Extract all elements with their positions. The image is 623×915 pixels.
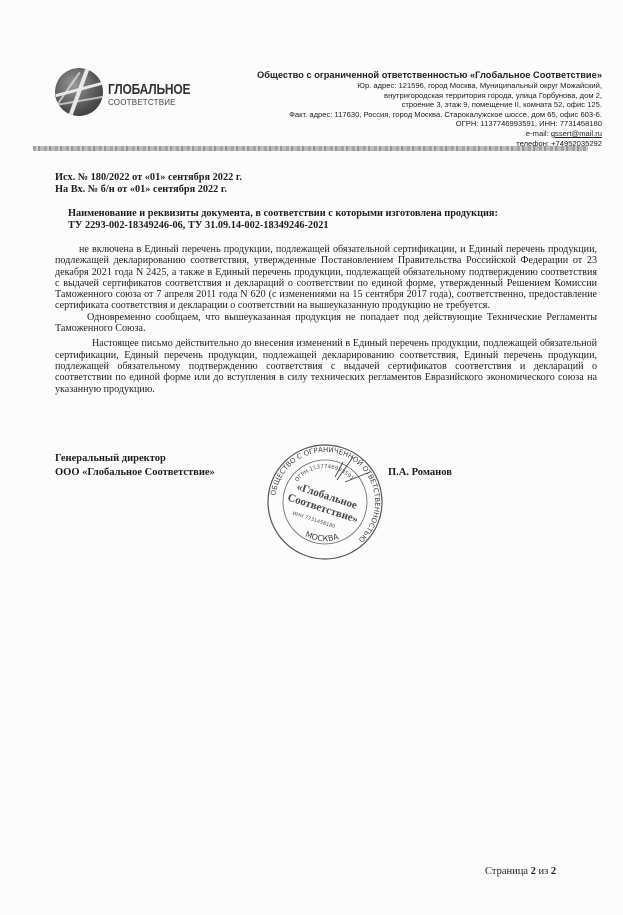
logo-title: ГЛОБАЛЬНОЕ [108, 80, 190, 98]
legal-address-line: строение 3, этаж 9, помещение II, комнат… [257, 100, 602, 110]
signatory-position: Генеральный директор [55, 452, 215, 466]
company-stamp-icon: ОБЩЕСТВО С ОГРАНИЧЕННОЙ ОТВЕТСТВЕННОСТЬЮ… [265, 442, 385, 562]
logo-subtitle: СООТВЕТСТВИЕ [108, 98, 176, 107]
header-divider [33, 146, 588, 151]
legal-address-line: внутригородская территория города, улица… [257, 91, 602, 101]
subject-specs: ТУ 2293-002-18349246-06, ТУ 31.09.14-002… [68, 220, 498, 232]
subject-block: Наименование и реквизиты документа, в со… [68, 208, 498, 232]
incoming-number: На Вх. № б/н от «01» сентября 2022 г. [55, 184, 242, 196]
legal-address-line: Юр. адрес: 121596, город Москва, Муницип… [257, 81, 602, 91]
organization-header: Общество с ограниченной ответственностью… [257, 69, 602, 148]
subject-title: Наименование и реквизиты документа, в со… [68, 208, 498, 220]
body-paragraph: Настоящее письмо действительно до внесен… [55, 338, 597, 394]
email-label: e-mail: [526, 129, 551, 138]
page-number: Страница 2 из 2 [485, 866, 556, 877]
signatory-title: Генеральный директор ООО «Глобальное Соо… [55, 452, 215, 480]
company-logo: ГЛОБАЛЬНОЕ СООТВЕТСТВИЕ [55, 68, 185, 118]
svg-text:ОГРН 1137746993591: ОГРН 1137746993591 [294, 464, 354, 483]
globe-icon [55, 68, 103, 116]
letter-page: ГЛОБАЛЬНОЕ СООТВЕТСТВИЕ Общество с огран… [0, 0, 623, 915]
letter-body: не включена в Единый перечень продукции,… [55, 244, 597, 395]
organization-name: Общество с ограниченной ответственностью… [257, 69, 602, 81]
email-link[interactable]: gssert@mail.ru [551, 129, 602, 138]
email-line: e-mail: gssert@mail.ru [257, 129, 602, 139]
reference-block: Исх. № 180/2022 от «01» сентября 2022 г.… [55, 172, 242, 196]
signatory-name: П.А. Романов [388, 467, 452, 478]
actual-address: Факт. адрес: 117630, Россия, город Москв… [257, 110, 602, 120]
body-paragraph: не включена в Единый перечень продукции,… [55, 244, 597, 312]
ogrn-inn: ОГРН: 1137746993591, ИНН: 7731458180 [257, 119, 602, 129]
signatory-company: ООО «Глобальное Соответствие» [55, 466, 215, 480]
body-paragraph: Одновременно сообщаем, что вышеуказанная… [55, 312, 597, 335]
outgoing-number: Исх. № 180/2022 от «01» сентября 2022 г. [55, 172, 242, 184]
